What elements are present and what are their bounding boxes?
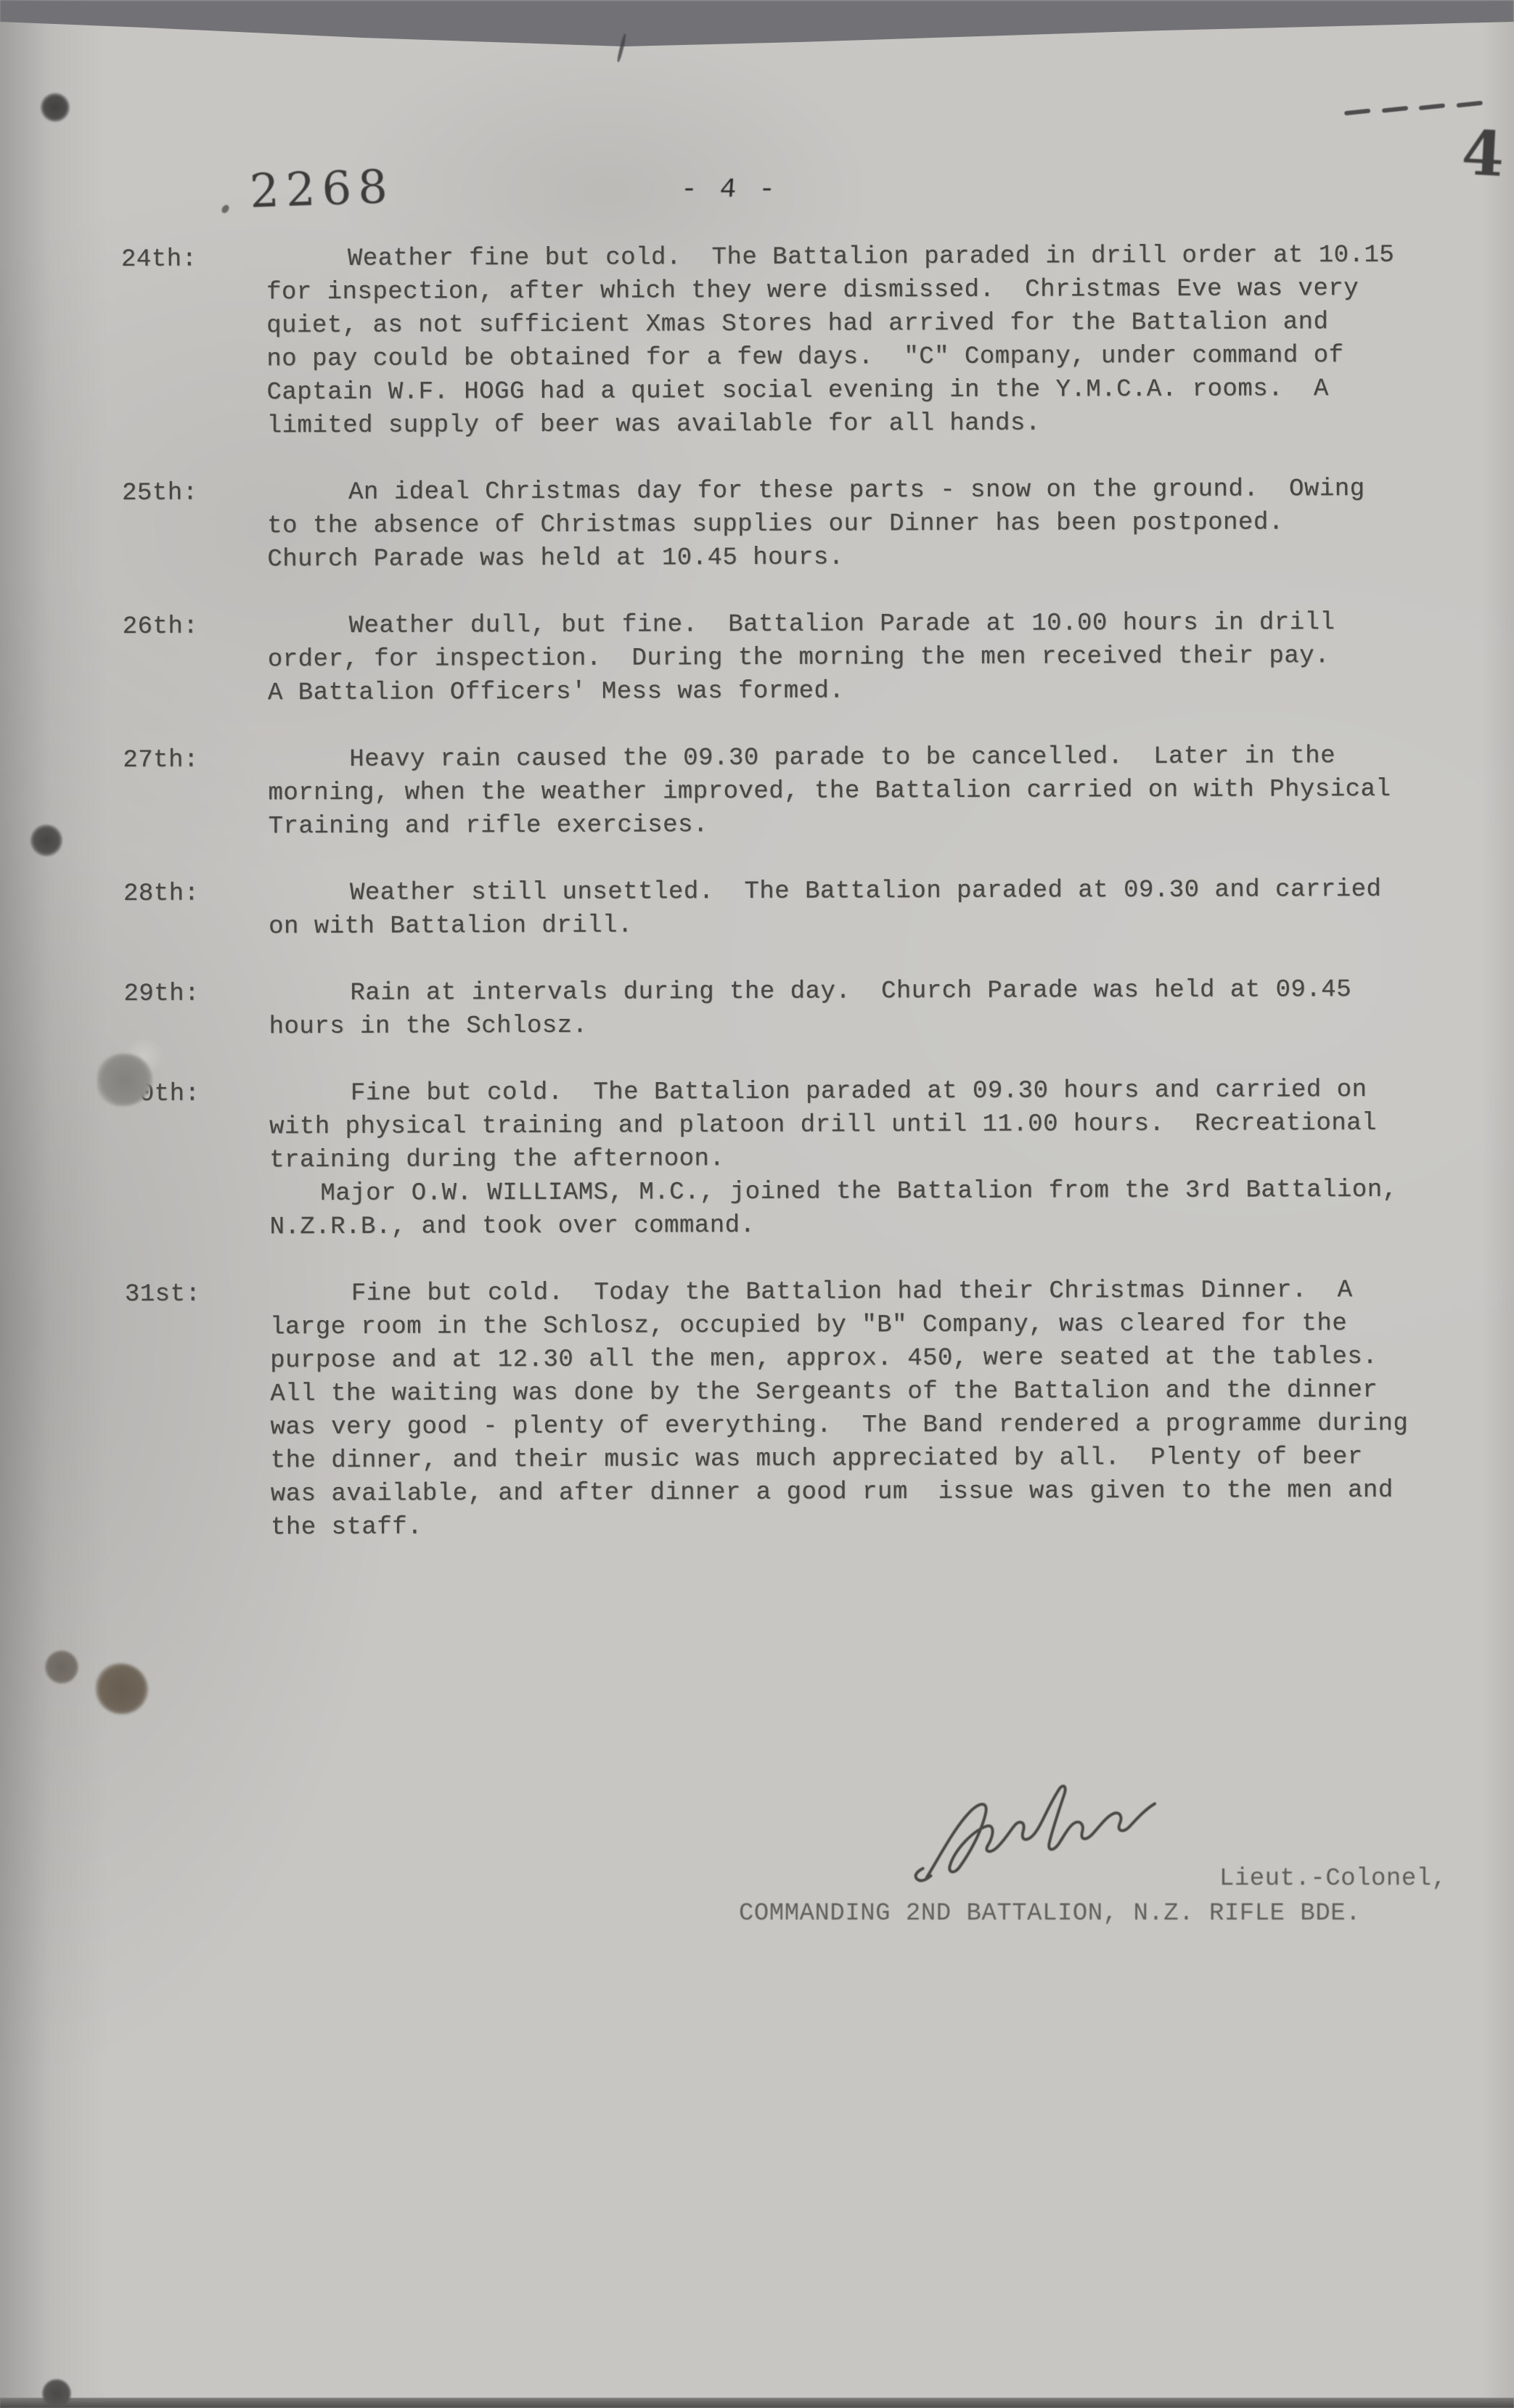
entry-line: Fine but cold. Today the Battalion had t… xyxy=(270,1274,1453,1311)
entry-line: training during the afternoon. xyxy=(269,1140,1452,1178)
entry-day-label: 31st: xyxy=(125,1277,271,1545)
entry-line: morning, when the weather improved, the … xyxy=(268,773,1451,811)
entry-line: large room in the Schlosz, occupied by "… xyxy=(270,1307,1453,1345)
stray-ink-dot xyxy=(221,204,230,214)
entry-line: was very good - plenty of everything. Th… xyxy=(270,1407,1453,1445)
hole-punch-mark xyxy=(41,93,70,122)
handwritten-page-number: 4 xyxy=(1460,117,1506,191)
entry-line: no pay could be obtained for a few days.… xyxy=(266,339,1449,377)
entry-text: An ideal Christmas day for these parts -… xyxy=(267,472,1450,577)
entry-day-label: 25th: xyxy=(122,476,267,577)
diary-entry: 28th:Weather still unsettled. The Battal… xyxy=(0,872,1514,944)
entry-line: A Battalion Officers' Mess was formed. xyxy=(268,673,1451,710)
entry-line: Fine but cold. The Battalion paraded at … xyxy=(269,1073,1452,1111)
entry-line: hours in the Schlosz. xyxy=(269,1007,1452,1044)
hole-punch-mark xyxy=(42,2379,71,2408)
pen-dash xyxy=(1456,101,1482,108)
entry-line: N.Z.R.B., and took over command. xyxy=(269,1207,1452,1245)
hole-punch-mark xyxy=(45,1650,78,1684)
entry-line: Captain W.F. HOGG had a quiet social eve… xyxy=(266,372,1449,410)
entry-line: limited supply of beer was available for… xyxy=(267,406,1450,443)
entry-line: on with Battalion drill. xyxy=(269,906,1452,944)
diary-entry: 27th:Heavy rain caused the 09.30 parade … xyxy=(0,739,1514,844)
entry-day-label: 29th: xyxy=(123,977,269,1044)
entry-line: for inspection, after which they were di… xyxy=(266,272,1449,310)
entry-text: Fine but cold. Today the Battalion had t… xyxy=(270,1274,1454,1545)
signature-rank: Lieut.-Colonel, xyxy=(1219,1865,1447,1893)
diary-entry: 29th:Rain at intervals during the day. C… xyxy=(0,972,1514,1044)
entry-line: the staff. xyxy=(271,1507,1454,1545)
diary-entry: 25th:An ideal Christmas day for these pa… xyxy=(0,472,1513,577)
brown-stain xyxy=(96,1663,148,1714)
entry-line: to the absence of Christmas supplies our… xyxy=(267,506,1450,544)
signature-title: COMMANDING 2ND BATTALION, N.Z. RIFLE BDE… xyxy=(739,1900,1361,1928)
entry-text: Weather fine but cold. The Battalion par… xyxy=(266,239,1450,443)
entry-line: Training and rifle exercises. xyxy=(269,806,1452,844)
entry-line: Weather dull, but fine. Battalion Parade… xyxy=(268,606,1451,644)
entry-day-label: 26th: xyxy=(123,610,268,710)
scan-top-edge xyxy=(0,0,1514,51)
entry-line: All the waiting was done by the Sergeant… xyxy=(270,1374,1453,1412)
pen-dash-marks xyxy=(1344,101,1482,115)
diary-entry: 31st:Fine but cold. Today the Battalion … xyxy=(1,1273,1514,1545)
scan-bottom-edge xyxy=(0,2398,1514,2408)
entry-day-label: 30th: xyxy=(124,1077,270,1245)
entry-day-label: 24th: xyxy=(121,242,267,443)
entries: 24th:Weather fine but cold. The Battalio… xyxy=(0,238,1514,1578)
pen-dash xyxy=(1344,109,1370,116)
entry-line: An ideal Christmas day for these parts -… xyxy=(267,472,1450,510)
entry-text: Weather dull, but fine. Battalion Parade… xyxy=(268,606,1451,710)
pen-dash xyxy=(1381,106,1407,113)
typed-page-number: - 4 - xyxy=(679,174,779,205)
entry-line: the dinner, and their music was much app… xyxy=(271,1441,1454,1478)
diary-entry: 30th:Fine but cold. The Battalion parade… xyxy=(1,1073,1514,1245)
entry-text: Rain at intervals during the day. Church… xyxy=(269,973,1452,1044)
diary-entry: 26th:Weather dull, but fine. Battalion P… xyxy=(0,605,1513,710)
entry-line: with physical training and platoon drill… xyxy=(269,1107,1452,1144)
entry-line: Church Parade was held at 10.45 hours. xyxy=(267,539,1450,577)
entry-text: Weather still unsettled. The Battalion p… xyxy=(269,873,1452,944)
entry-line: Weather still unsettled. The Battalion p… xyxy=(269,873,1452,911)
entry-day-label: 27th: xyxy=(123,743,268,844)
entry-day-label: 28th: xyxy=(123,877,269,944)
entry-line: Heavy rain caused the 09.30 parade to be… xyxy=(268,740,1451,777)
entry-text: Heavy rain caused the 09.30 parade to be… xyxy=(268,740,1451,844)
entry-line: order, for inspection. During the mornin… xyxy=(268,639,1451,677)
entry-line: was available, and after dinner a good r… xyxy=(271,1474,1454,1512)
handwritten-signature xyxy=(901,1764,1200,1901)
hole-punch-mark xyxy=(30,824,62,856)
entry-line: quiet, as not sufficient Xmas Stores had… xyxy=(266,306,1449,343)
entry-line: purpose and at 12.30 all the men, approx… xyxy=(270,1340,1453,1378)
diary-entry: 24th:Weather fine but cold. The Battalio… xyxy=(0,238,1513,443)
pen-dash xyxy=(1419,103,1445,110)
entry-text: Fine but cold. The Battalion paraded at … xyxy=(269,1073,1453,1245)
entry-line: Weather fine but cold. The Battalion par… xyxy=(266,239,1449,277)
entry-line: Rain at intervals during the day. Church… xyxy=(269,973,1452,1011)
page-stamp-number: 2268 xyxy=(249,160,395,219)
scanned-war-diary-page: 2268 - 4 - 4 24th:Weather fine but cold.… xyxy=(0,0,1514,2408)
entry-line: Major O.W. WILLIAMS, M.C., joined the Ba… xyxy=(269,1174,1452,1211)
